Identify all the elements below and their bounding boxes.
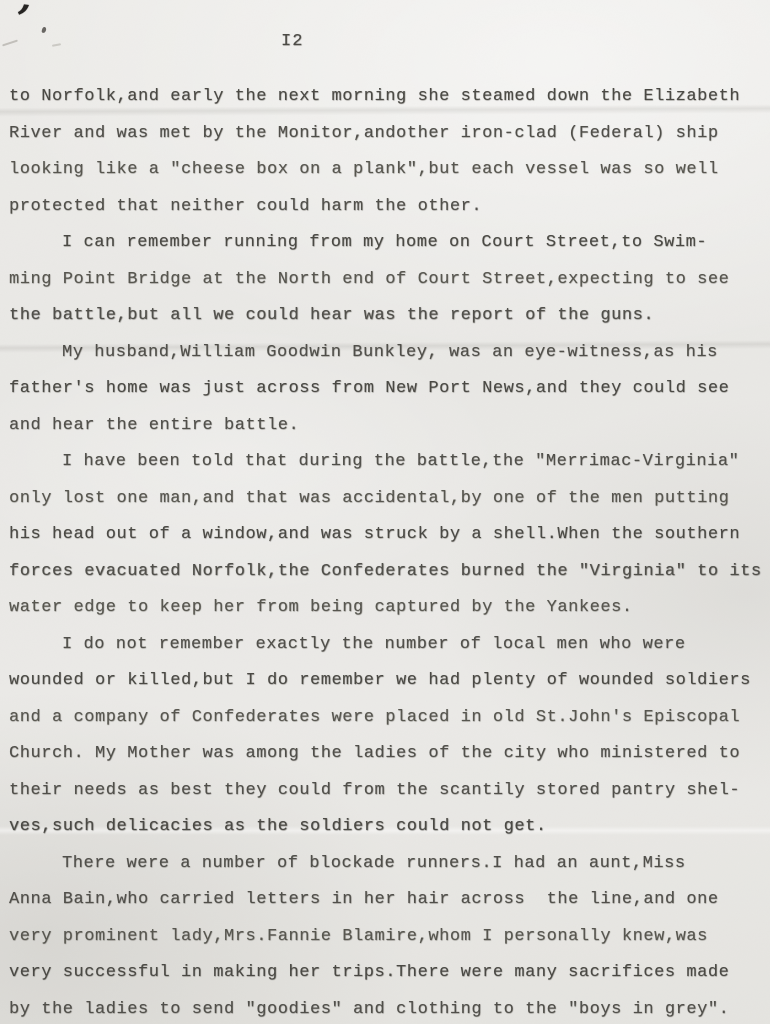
pencil-tick — [2, 40, 18, 47]
typewritten-line: wounded or killed,but I do remember we h… — [9, 663, 767, 700]
pencil-tick — [52, 43, 61, 47]
typewritten-line: looking like a "cheese box on a plank",b… — [9, 152, 767, 189]
typewritten-line: very prominent lady,Mrs.Fannie Blamire,w… — [9, 919, 767, 956]
typewritten-line: I can remember running from my home on C… — [9, 225, 767, 262]
typewritten-line: their needs as best they could from the … — [9, 773, 767, 810]
typewritten-line: River and was met by the Monitor,andothe… — [9, 116, 767, 153]
typewritten-line: There were a number of blockade runners.… — [9, 846, 767, 883]
typewritten-line: forces evacuated Norfolk,the Confederate… — [9, 554, 767, 591]
typewritten-line: water edge to keep her from being captur… — [9, 590, 767, 627]
typewritten-line: only lost one man,and that was accidenta… — [9, 481, 767, 518]
typewritten-line: Anna Bain,who carried letters in her hai… — [9, 882, 767, 919]
typewritten-line: to Norfolk,and early the next morning sh… — [9, 79, 767, 116]
typewritten-line: ves,such delicacies as the soldiers coul… — [9, 809, 767, 846]
ink-dot — [41, 27, 46, 34]
typewritten-line: ming Point Bridge at the North end of Co… — [9, 262, 767, 299]
typewritten-line: I have been told that during the battle,… — [9, 444, 767, 481]
typewritten-line: very successful in making her trips.Ther… — [9, 955, 767, 992]
typewritten-line: by the ladies to send "goodies" and clot… — [9, 992, 767, 1024]
typewritten-line: protected that neither could harm the ot… — [9, 189, 767, 226]
page-number: I2 — [281, 32, 303, 51]
typewritten-line: and a company of Confederates were place… — [9, 700, 767, 737]
typewritten-line: My husband,William Goodwin Bunkley, was … — [9, 335, 767, 372]
typewritten-line: father's home was just across from New P… — [9, 371, 767, 408]
handwritten-ink-mark: ’ — [13, 0, 32, 42]
typewritten-line: the battle,but all we could hear was the… — [9, 298, 767, 335]
scanned-document-page: ’ I2 to Norfolk,and early the next morni… — [0, 0, 770, 1024]
typewritten-line: I do not remember exactly the number of … — [9, 627, 767, 664]
typewritten-line: his head out of a window,and was struck … — [9, 517, 767, 554]
typewritten-line: Church. My Mother was among the ladies o… — [9, 736, 767, 773]
typewritten-line: and hear the entire battle. — [9, 408, 767, 445]
typewritten-text-block: to Norfolk,and early the next morning sh… — [9, 79, 767, 1024]
